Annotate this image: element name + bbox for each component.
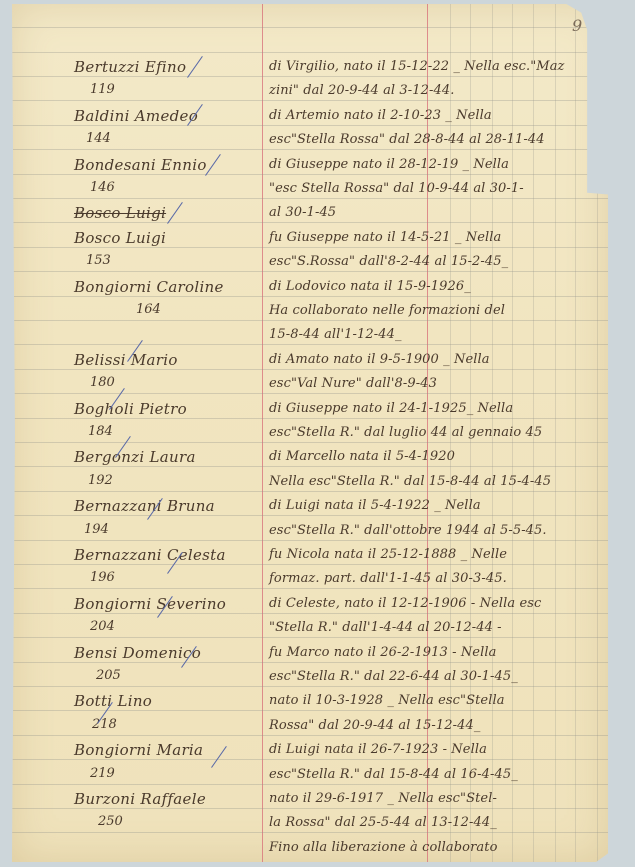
grid-column-line (575, 4, 576, 862)
entry-detail-line: esc"S.Rossa" dall'8-2-44 al 15-2-45_ (269, 254, 508, 269)
ruled-line (12, 174, 608, 175)
entry-detail-line: "esc Stella Rossa" dal 10-9-44 al 30-1- (269, 181, 524, 196)
ruled-line (12, 222, 608, 223)
entry-detail-line: di Amato nato il 9-5-1900 _ Nella (269, 352, 490, 367)
entry-number: 196 (90, 570, 115, 585)
entry-number: 153 (86, 253, 111, 268)
entry-detail-line: nato il 29-6-1917 _ Nella esc"Stel- (269, 791, 497, 806)
ruled-line (12, 198, 608, 199)
entry-number: 250 (98, 814, 123, 829)
entry-name: Bondesani Ennio (74, 156, 207, 174)
ruled-line (12, 564, 608, 565)
ruled-line (12, 808, 608, 809)
entry-detail-line: Nella esc"Stella R." dal 15-8-44 al 15-4… (269, 474, 551, 489)
ruled-line (12, 637, 608, 638)
entry-detail-line: di Giuseppe nato il 28-12-19 _ Nella (269, 157, 509, 172)
ruled-line (12, 271, 608, 272)
entry-name: Bosco Luigi (74, 204, 166, 222)
ruled-line (12, 125, 608, 126)
entry-detail-line: di Virgilio, nato il 15-12-22 _ Nella es… (269, 59, 565, 74)
entry-detail-line: nato il 10-3-1928 _ Nella esc"Stella (269, 693, 505, 708)
entry-detail-line: Rossa" dal 20-9-44 al 15-12-44_ (269, 718, 481, 733)
entry-name: Bongiorni Maria (74, 741, 203, 759)
entry-detail-line: esc"Stella Rossa" dal 28-8-44 al 28-11-4… (269, 132, 545, 147)
ruled-line (12, 344, 608, 345)
ruled-line (12, 247, 608, 248)
entry-name: Bensi Domenico (74, 644, 201, 662)
entry-detail-line: fu Nicola nata il 25-12-1888 _ Nelle (269, 547, 507, 562)
ruled-line (12, 27, 608, 28)
entry-detail-line: Fino alla liberazione à collaborato (269, 840, 498, 855)
ruled-line (12, 515, 608, 516)
entry-detail-line: "Stella R." dall'1-4-44 al 20-12-44 - (269, 620, 502, 635)
entry-detail-line: 15-8-44 all'1-12-44_ (269, 327, 402, 342)
entry-name: Burzoni Raffaele (74, 790, 206, 808)
entry-name: Botti Lino (74, 692, 152, 710)
entry-name: Bongiorni Caroline (74, 278, 224, 296)
page-number: 9 (572, 16, 582, 35)
entry-detail-line: zini" dal 20-9-44 al 3-12-44. (269, 83, 455, 98)
entry-detail-line: di Celeste, nato il 12-12-1906 - Nella e… (269, 596, 541, 611)
pencil-check-mark (167, 202, 183, 224)
pencil-check-mark (187, 56, 203, 78)
ruled-line (12, 466, 608, 467)
ruled-line (12, 540, 608, 541)
entry-name: Bernazzani Celesta (74, 546, 226, 564)
entry-name: Bertuzzi Efino (74, 58, 186, 76)
entry-number: 146 (90, 180, 115, 195)
ruled-line (12, 52, 608, 53)
entry-number: 192 (88, 473, 113, 488)
entry-name: Bongiorni Severino (74, 595, 226, 613)
entry-number: 194 (84, 522, 109, 537)
entry-name: Bogholi Pietro (74, 400, 187, 418)
entry-name: Bernazzani Bruna (74, 497, 215, 515)
ruled-line (12, 418, 608, 419)
ruled-line (12, 393, 608, 394)
ruled-line (12, 784, 608, 785)
ruled-line (12, 296, 608, 297)
entry-detail-line: formaz. part. dall'1-1-45 al 30-3-45. (269, 571, 507, 586)
entry-detail-line: fu Giuseppe nato il 14-5-21 _ Nella (269, 230, 501, 245)
ruled-line (12, 491, 608, 492)
entry-number: 205 (96, 668, 121, 683)
left-margin-line (262, 4, 263, 862)
ruled-line (12, 76, 608, 77)
entry-number: 204 (90, 619, 115, 634)
ruled-line (12, 710, 608, 711)
pencil-check-mark (211, 746, 227, 768)
entry-detail-line: la Rossa" dal 25-5-44 al 13-12-44_ (269, 815, 497, 830)
ruled-line (12, 662, 608, 663)
entry-detail-line: esc"Stella R." dal luglio 44 al gennaio … (269, 425, 542, 440)
ruled-line (12, 320, 608, 321)
entry-name: Bergonzi Laura (74, 448, 196, 466)
entry-number: 144 (86, 131, 111, 146)
entry-detail-line: esc"Stella R." dall'ottobre 1944 al 5-5-… (269, 523, 547, 538)
ruled-line (12, 686, 608, 687)
entry-detail-line: di Giuseppe nato il 24-1-1925_ Nella (269, 401, 513, 416)
ruled-line (12, 149, 608, 150)
ledger-page: 9 Bertuzzi Efino119di Virgilio, nato il … (12, 4, 608, 862)
ruled-line (12, 588, 608, 589)
pencil-check-mark (205, 154, 221, 176)
entry-number: 219 (90, 766, 115, 781)
ruled-line (12, 735, 608, 736)
ruled-line (12, 369, 608, 370)
entry-detail-line: di Artemio nato il 2-10-23 _ Nella (269, 108, 492, 123)
entry-number: 184 (88, 424, 113, 439)
entry-number: 180 (90, 375, 115, 390)
ruled-line (12, 100, 608, 101)
ruled-line (12, 613, 608, 614)
entry-number: 164 (136, 302, 161, 317)
entry-detail-line: al 30-1-45 (269, 205, 336, 220)
entry-number: 218 (92, 717, 117, 732)
ruled-line (12, 832, 608, 833)
entry-name: Belissi Mario (74, 351, 178, 369)
entry-detail-line: fu Marco nato il 26-2-1913 - Nella (269, 645, 496, 660)
entry-detail-line: di Luigi nata il 26-7-1923 - Nella (269, 742, 487, 757)
entry-detail-line: esc"Stella R." dal 15-8-44 al 16-4-45_ (269, 767, 518, 782)
entry-detail-line: di Lodovico nata il 15-9-1926_ (269, 279, 471, 294)
grid-column-line (555, 4, 556, 862)
grid-column-line (597, 4, 598, 862)
entry-detail-line: Ha collaborato nelle formazioni del (269, 303, 505, 318)
ruled-line (12, 442, 608, 443)
ruled-line (12, 759, 608, 760)
entry-name: Bosco Luigi (74, 229, 166, 247)
entry-detail-line: esc"Val Nure" dall'8-9-43 (269, 376, 437, 391)
entry-name: Baldini Amedeo (74, 107, 198, 125)
entry-detail-line: di Marcello nata il 5-4-1920 (269, 449, 455, 464)
entry-detail-line: di Luigi nata il 5-4-1922 _ Nella (269, 498, 481, 513)
entry-number: 119 (90, 82, 115, 97)
entry-detail-line: esc"Stella R." dal 22-6-44 al 30-1-45_ (269, 669, 518, 684)
